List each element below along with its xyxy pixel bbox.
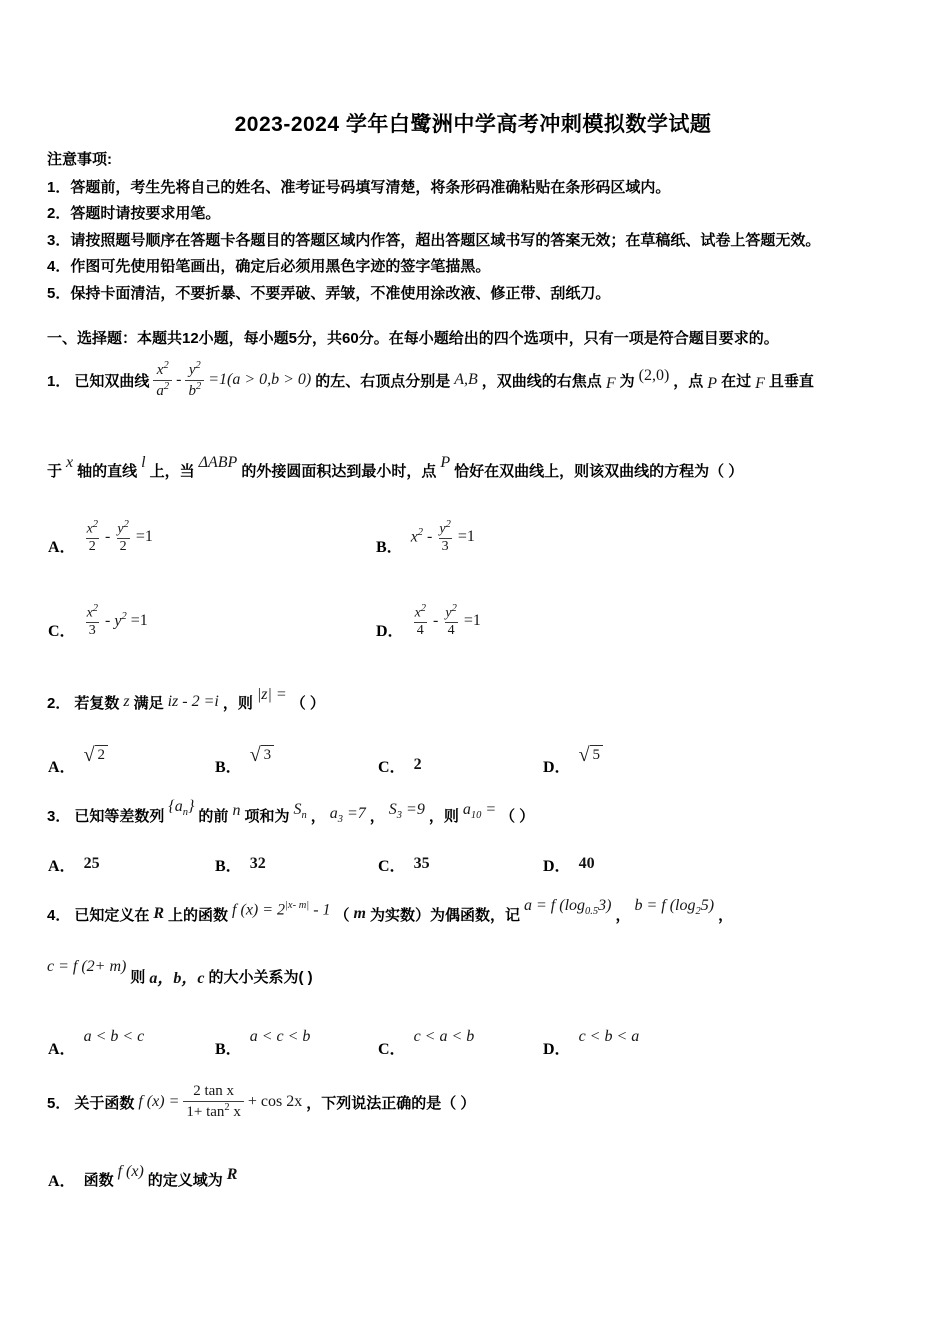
- notice-item: 1．答题前，考生先将自己的姓名、准考证号码填写清楚，将条形码准确粘贴在条形码区域…: [47, 176, 670, 197]
- math-fraction: 2 tan x 1+ tan2 x: [183, 1083, 244, 1121]
- math-variable: A,B: [454, 371, 478, 389]
- option-label: A．: [48, 853, 76, 876]
- question-text: 恰好在双曲线上，则该双曲线的方程为（ ）: [454, 460, 743, 481]
- q4-option-d: D． c < b < a: [543, 1018, 643, 1064]
- minus-sign: -: [433, 612, 438, 630]
- math-fraction: x2 a2: [153, 360, 172, 400]
- math-fraction: y2 2: [114, 519, 131, 555]
- math-variables: a，b，c: [149, 965, 204, 988]
- math-expression: a3 =7: [330, 805, 366, 825]
- math-variable: F: [606, 375, 616, 393]
- option-label: D．: [543, 853, 571, 876]
- title-line: 2023-2024 学年白鹭洲中学高考冲刺模拟数学试题: [0, 108, 950, 138]
- question-text: 的外接圆面积达到最小时，点: [241, 460, 436, 481]
- math-variable: R: [227, 1166, 238, 1184]
- math-equals: =1: [136, 528, 153, 546]
- question-text: 项和为: [244, 805, 289, 826]
- math-variable: F: [755, 375, 765, 393]
- radical-expression: √5: [579, 745, 603, 766]
- question-text: ，下列说法正确的是（ ）: [306, 1092, 475, 1113]
- question-number: 5．: [47, 1092, 70, 1113]
- option-text: 的定义域为: [148, 1169, 223, 1190]
- q4-option-a: A． a < b < c: [48, 1018, 148, 1064]
- question-text: ，则: [429, 805, 459, 826]
- question-text: ，: [615, 904, 630, 925]
- question-text: ，双曲线的右焦点: [482, 370, 602, 391]
- question-text: 已知等差数列: [74, 805, 164, 826]
- option-label: B．: [215, 754, 242, 777]
- answer-paren: （ ）: [291, 692, 325, 713]
- q2-option-a: A． √2: [48, 736, 112, 782]
- question-text: ，: [718, 904, 733, 925]
- q2-option-b: B． √3: [215, 736, 278, 782]
- math-expression: a < b < c: [84, 1028, 145, 1046]
- math-equals: =1: [458, 528, 475, 546]
- question-text: 则: [130, 966, 145, 987]
- question-text: ，: [370, 805, 385, 826]
- q4-option-c: C． c < a < b: [378, 1018, 478, 1064]
- question-text: ，则: [223, 692, 253, 713]
- math-variable: P: [707, 375, 717, 393]
- option-label: B．: [215, 853, 242, 876]
- option-label: A．: [48, 1036, 76, 1059]
- math-expression: a < c < b: [250, 1028, 311, 1046]
- question-text: 为: [620, 370, 635, 391]
- option-label: D．: [376, 618, 404, 641]
- exam-title: 2023-2024 学年白鹭洲中学高考冲刺模拟数学试题: [235, 108, 712, 138]
- math-variable: P: [440, 454, 450, 472]
- question-number: 4．: [47, 904, 70, 925]
- q1-option-b: B． x2 - y2 3 =1: [376, 506, 479, 568]
- q2-option-c: C． 2: [378, 736, 426, 782]
- option-label: D．: [543, 1036, 571, 1059]
- question-text: （: [335, 904, 350, 925]
- notice-heading: 注意事项:: [47, 148, 112, 169]
- notice-item: 5．保持卡面清洁，不要折暴、不要弄破、弄皱，不准使用涂改液、修正带、刮纸刀。: [47, 282, 610, 303]
- math-function: f (x): [118, 1163, 144, 1181]
- answer-paren: （ ）: [500, 805, 534, 826]
- question-text: 于: [47, 460, 62, 481]
- option-label: B．: [215, 1036, 242, 1059]
- math-expression: c = f (2+ m): [47, 958, 126, 976]
- math-condition: =1(a > 0,b > 0): [208, 371, 311, 389]
- math-modulus: |z| =: [257, 686, 287, 704]
- option-label: C．: [48, 618, 76, 641]
- question-text: 关于函数: [74, 1092, 134, 1113]
- radical-expression: √3: [250, 745, 274, 766]
- math-function: f (x) =: [138, 1093, 179, 1111]
- question-number: 2．: [47, 692, 70, 713]
- math-variable: R: [153, 905, 164, 923]
- math-variable: z: [123, 693, 129, 711]
- option-label: C．: [378, 1036, 406, 1059]
- question-3-line: 3． 已知等差数列 {an} 的前 n 项和为 Sn ， a3 =7 ， S3 …: [47, 795, 538, 835]
- math-expression: iz - 2 =i: [168, 693, 219, 711]
- math-fraction: x2 2: [84, 519, 101, 555]
- option-value: 2: [414, 756, 422, 774]
- question-text: 上的函数: [168, 904, 228, 925]
- option-label: D．: [543, 754, 571, 777]
- option-value: 32: [250, 855, 266, 873]
- q1-option-a: A． x2 2 - y2 2 =1: [48, 506, 157, 568]
- question-text: 的左、右顶点分别是: [315, 370, 450, 391]
- math-variable: n: [232, 802, 240, 820]
- question-text: 在过: [721, 370, 751, 391]
- math-fraction: y2 4: [442, 603, 459, 639]
- question-text: ，: [311, 805, 326, 826]
- notice-heading-line: 注意事项:: [47, 149, 116, 167]
- question-text: 的前: [198, 805, 228, 826]
- option-value: 35: [414, 855, 430, 873]
- q3-option-b: B． 32: [215, 853, 270, 875]
- math-fraction: x2 4: [412, 603, 429, 639]
- q2-option-d: D． √5: [543, 736, 607, 782]
- math-expression: y2: [114, 611, 126, 630]
- notice-line-2: 2．答题时请按要求用笔。: [47, 203, 224, 221]
- math-expression: ΔABP: [199, 454, 238, 472]
- notice-line-4: 4．作图可先使用铅笔画出，确定后必须用黑色字迹的签字笔描黑。: [47, 256, 494, 274]
- minus-sign: -: [105, 528, 110, 546]
- math-variable: x: [66, 454, 73, 472]
- notice-item: 4．作图可先使用铅笔画出，确定后必须用黑色字迹的签字笔描黑。: [47, 255, 490, 276]
- math-expression: a = f (log0.53): [524, 897, 611, 917]
- math-equals: =1: [464, 612, 481, 630]
- minus-sign: -: [427, 528, 432, 546]
- question-text: 若复数: [74, 692, 119, 713]
- minus-sign: -: [176, 371, 181, 389]
- radical-sign: √: [250, 745, 261, 766]
- question-text: 轴的直线: [77, 460, 137, 481]
- question-text: 已知定义在: [74, 904, 149, 925]
- math-fraction: y2 b2: [185, 360, 204, 400]
- option-label: C．: [378, 754, 406, 777]
- question-number: 1．: [47, 370, 70, 391]
- question-1-line-2: 于 x 轴的直线 l 上，当 ΔABP 的外接圆面积达到最小时，点 P 恰好在双…: [47, 452, 747, 488]
- section-header-line: 一、选择题：本题共12小题，每小题5分，共60分。在每小题给出的四个选项中，只有…: [47, 327, 783, 347]
- option-label: A．: [48, 754, 76, 777]
- math-fraction: x2 3: [84, 603, 101, 639]
- exam-document-page: 2023-2024 学年白鹭洲中学高考冲刺模拟数学试题 注意事项: 1．答题前，…: [0, 0, 950, 1344]
- radical-sign: √: [84, 745, 95, 766]
- question-text: ，点: [673, 370, 703, 391]
- question-2-line: 2． 若复数 z 满足 iz - 2 =i ，则 |z| = （ ）: [47, 683, 329, 721]
- option-value: 25: [84, 855, 100, 873]
- math-expression: c < b < a: [579, 1028, 640, 1046]
- question-text: 已知双曲线: [74, 370, 149, 391]
- option-label: B．: [376, 534, 403, 557]
- question-text: 为实数）为偶函数，记: [370, 904, 520, 925]
- option-label: A．: [48, 1168, 76, 1191]
- math-sequence: {an}: [168, 798, 194, 818]
- radical-sign: √: [579, 745, 590, 766]
- option-label: C．: [378, 853, 406, 876]
- notice-line-1: 1．答题前，考生先将自己的姓名、准考证号码填写清楚，将条形码准确粘贴在条形码区域…: [47, 177, 674, 195]
- math-variable: l: [141, 454, 145, 472]
- math-equals: =1: [131, 612, 148, 630]
- minus-sign: -: [105, 612, 110, 630]
- q5-option-a: A． 函数 f (x) 的定义域为 R: [48, 1156, 241, 1202]
- math-expression: b = f (log25): [634, 897, 714, 917]
- q1-option-d: D． x2 4 - y2 4 =1: [376, 590, 485, 652]
- question-5-line: 5． 关于函数 f (x) = 2 tan x 1+ tan2 x + cos …: [47, 1072, 479, 1132]
- notice-item: 3．请按照题号顺序在答题卡各题目的答题区域内作答，超出答题区域书写的答案无效；在…: [47, 229, 820, 250]
- question-4-line-2: c = f (2+ m) 则 a，b，c 的大小关系为( ): [47, 953, 317, 999]
- math-expression: Sn: [293, 801, 306, 821]
- math-expression: x2: [411, 527, 423, 546]
- notice-line-5: 5．保持卡面清洁，不要折暴、不要弄破、弄皱，不准使用涂改液、修正带、刮纸刀。: [47, 283, 614, 301]
- section-header: 一、选择题：本题共12小题，每小题5分，共60分。在每小题给出的四个选项中，只有…: [47, 327, 779, 348]
- question-1-line-1: 1． 已知双曲线 x2 a2 - y2 b2 =1(a > 0,b > 0) 的…: [47, 350, 818, 410]
- option-value: 40: [579, 855, 595, 873]
- q1-option-c: C． x2 3 - y2 =1: [48, 590, 152, 652]
- question-text: 且垂直: [769, 370, 814, 391]
- question-text: 满足: [134, 692, 164, 713]
- math-function: f (x) = 2|x- m| - 1: [232, 900, 330, 919]
- option-text: 函数: [84, 1169, 114, 1190]
- q3-option-a: A． 25: [48, 853, 104, 875]
- math-expression: c < a < b: [414, 1028, 475, 1046]
- math-expression: S3 =9: [389, 801, 425, 821]
- q4-option-b: B． a < c < b: [215, 1018, 314, 1064]
- question-text: 的大小关系为( ): [208, 966, 312, 987]
- radical-expression: √2: [84, 745, 108, 766]
- math-point: (2,0): [639, 367, 670, 385]
- option-label: A．: [48, 534, 76, 557]
- question-text: 上，当: [150, 460, 195, 481]
- notice-item: 2．答题时请按要求用笔。: [47, 202, 220, 223]
- math-variable: m: [354, 905, 366, 923]
- question-4-line-1: 4． 已知定义在 R 上的函数 f (x) = 2|x- m| - 1 （ m …: [47, 888, 737, 940]
- math-expression: + cos 2x: [248, 1093, 302, 1111]
- question-number: 3．: [47, 805, 70, 826]
- q3-option-d: D． 40: [543, 853, 599, 875]
- math-fraction: y2 3: [436, 519, 453, 555]
- q3-option-c: C． 35: [378, 853, 434, 875]
- notice-line-3: 3．请按照题号顺序在答题卡各题目的答题区域内作答，超出答题区域书写的答案无效；在…: [47, 230, 824, 248]
- math-expression: a10 =: [463, 801, 496, 821]
